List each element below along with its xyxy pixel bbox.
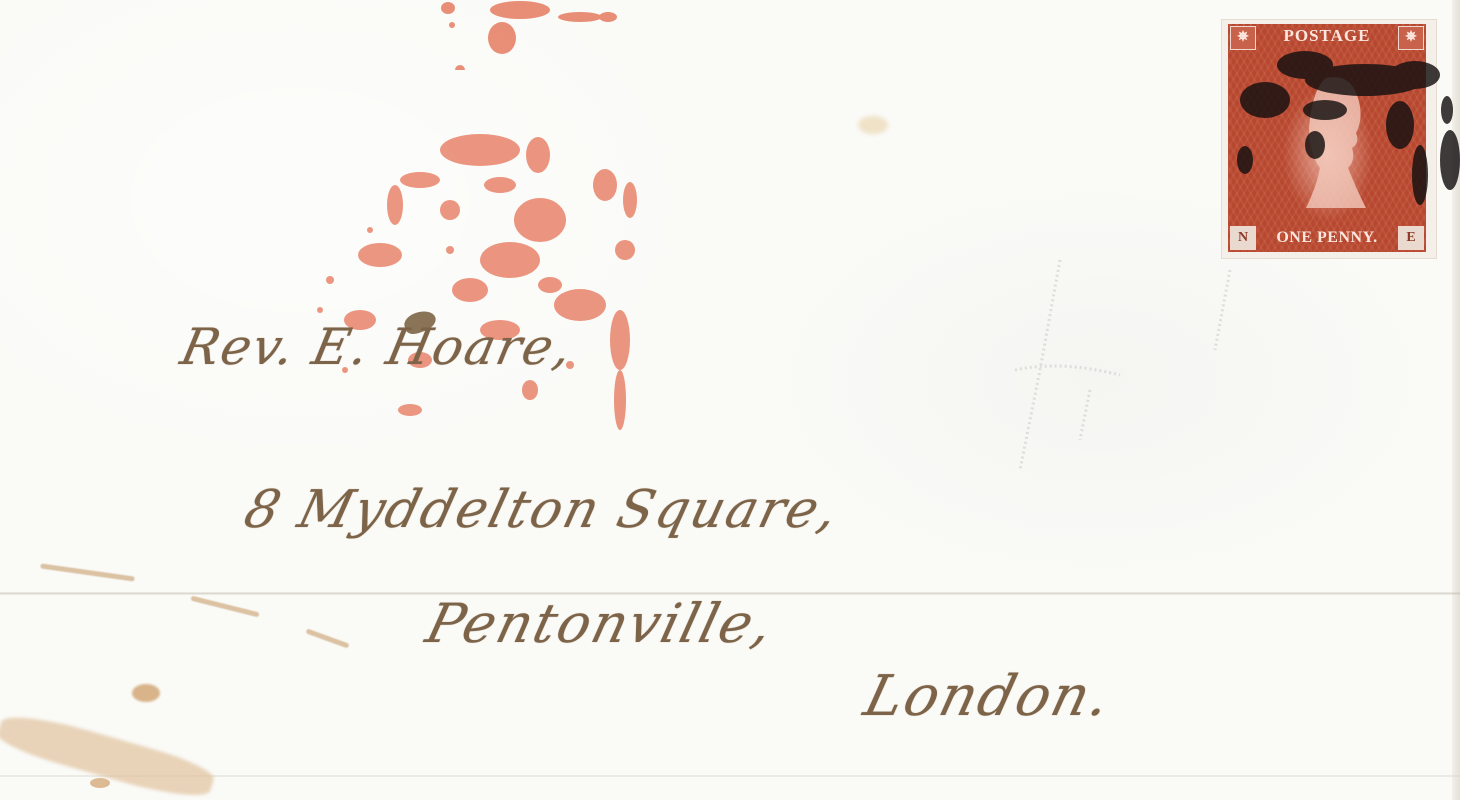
address-line-street: 8 Myddelton Square, bbox=[239, 480, 846, 540]
postage-stamp: ✵ ✵ POSTAGE N ONE PENNY. E bbox=[1222, 20, 1436, 258]
stamp-corner-letter-right: E bbox=[1398, 226, 1424, 250]
pencil-marks bbox=[1000, 250, 1300, 480]
foxing-stain bbox=[90, 778, 110, 788]
stamp-postage-label: POSTAGE bbox=[1228, 26, 1426, 46]
red-postmark-fragment bbox=[430, 0, 630, 70]
paper-edge bbox=[1452, 0, 1460, 800]
address-line-city: London. bbox=[858, 664, 1119, 729]
stamp-corner-letter-left: N bbox=[1230, 226, 1256, 250]
stamp-value-label: ONE PENNY. bbox=[1256, 226, 1398, 250]
stain-streak bbox=[190, 596, 259, 618]
stamp-design: ✵ ✵ POSTAGE N ONE PENNY. E bbox=[1228, 24, 1426, 252]
red-datestamp bbox=[300, 110, 660, 450]
address-line-district: Pentonville, bbox=[420, 592, 781, 655]
water-stain bbox=[0, 707, 217, 800]
address-line-name: Rev. E. Hoare, bbox=[176, 318, 579, 376]
postal-cover: ✵ ✵ POSTAGE N ONE PENNY. E Rev. E bbox=[0, 0, 1460, 800]
foxing-stain bbox=[858, 116, 888, 134]
queen-profile-icon bbox=[1286, 68, 1376, 218]
stain-streak bbox=[40, 563, 135, 581]
foxing-stain bbox=[132, 684, 160, 702]
stain-streak bbox=[306, 628, 350, 648]
fold-crease-lower bbox=[0, 775, 1460, 777]
